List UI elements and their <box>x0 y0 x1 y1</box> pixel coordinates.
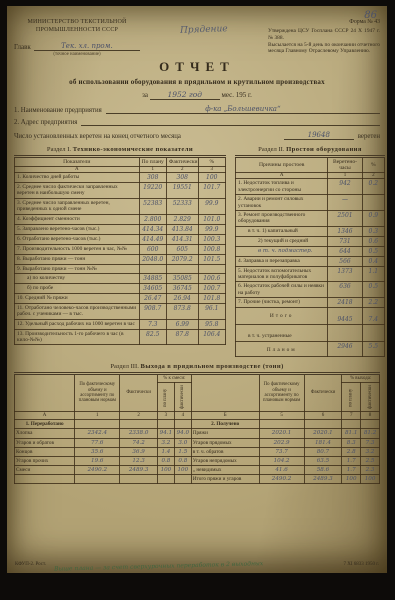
spindle-hours-value: 9445 <box>328 308 362 325</box>
fact-value: 308 <box>166 173 198 183</box>
col-fact: Фактически <box>166 156 198 166</box>
left-norm-value: 35.6 <box>75 447 120 456</box>
pct-value: 95.8 <box>198 319 225 329</box>
right-item-label: „ невидимых <box>191 465 259 474</box>
fact-value: 873.8 <box>166 303 198 319</box>
enterprise-address-value <box>81 125 380 126</box>
left-norm-value: 77.6 <box>75 438 120 447</box>
left-pct-fact-value <box>174 475 191 484</box>
field-enterprise-name: 1. Наименование предприятия ф-ка „Больше… <box>14 105 380 114</box>
right-fact-value: 2020.1 <box>304 429 342 438</box>
table-row: Смеси 2490.2 2489.3 100 100 „ невидимых … <box>15 465 380 474</box>
col-indicator: Показатели <box>15 156 140 166</box>
reason-label: 4. Заправка и перезаправка <box>236 256 328 266</box>
indicator-label: 4. Коэффициент сменности <box>15 214 140 224</box>
pct-value: 101.0 <box>198 214 225 224</box>
pct-value: 96.1 <box>198 303 225 319</box>
table-row: Планом 2946 5.5 <box>236 341 385 356</box>
pct-value: 106.4 <box>198 329 225 345</box>
table-row: 10. Средний № пряжи 26.47 26.94 101.8 <box>15 293 226 303</box>
spindle-hours-value: 2501 <box>328 210 362 226</box>
left-pct-fact-value: 94.0 <box>174 429 191 438</box>
handwritten-footnote: Выше плана — за счет сверхурочных перера… <box>54 558 336 573</box>
spindle-hours-value: 1346 <box>328 226 362 236</box>
indicator-label: а) по количеству <box>15 273 140 283</box>
left-pct-plan-value: 1.4 <box>157 447 174 456</box>
fact-value: 26.94 <box>166 293 198 303</box>
glavk-sublabel: (точное наименование) <box>14 52 140 57</box>
table-row: 1. Количество дней работы 308 308 100 <box>15 173 226 183</box>
reason-label: 2. Аварии и ремонт силовых установок <box>236 195 328 211</box>
handwritten-top-note: Прядение <box>180 24 228 36</box>
left-fact-value <box>120 475 158 484</box>
table-row: в т. ч. устраненные <box>236 325 385 341</box>
left-norm-value: 19.6 <box>75 456 120 465</box>
right-pct-fact-value: 2.5 <box>361 456 380 465</box>
table-row: 1. Недостаток топлива и электроэнергии с… <box>236 179 385 195</box>
section-1-title: Раздел I. Технико-экономические показате… <box>14 146 226 153</box>
spindles-unit: веретен <box>358 133 380 140</box>
table-row: 5. Заправлено веретено-часов (тыс.) 414.… <box>15 224 226 234</box>
reason-label: в т. ч. подмастер. <box>236 246 328 256</box>
form-info-block: Форма № 43 Утверждена ЦСУ Госплана СССР … <box>268 19 380 55</box>
plan-value: 52383 <box>139 198 166 214</box>
left-pct-plan-value: 94.1 <box>157 429 174 438</box>
spindle-hours-value: 644 <box>328 246 362 256</box>
indicator-label: 12. Удельный расход рабочих на 1000 вере… <box>15 319 140 329</box>
plan-value: 34885 <box>139 273 166 283</box>
indicator-label: 3. Среднее число заправленных веретен, п… <box>15 198 140 214</box>
left-item-label: Смеси <box>15 465 75 474</box>
indicator-label: 13. Производительность 1-го рабочего в ч… <box>15 329 140 345</box>
left-pct-plan-value: 100 <box>157 465 174 474</box>
left-blank-head <box>15 373 75 411</box>
right-pct-plan-value: 1.7 <box>342 456 361 465</box>
indicator-label: 11. Отработано человеко-часов производст… <box>15 303 140 319</box>
pct-value: 100 <box>198 173 225 183</box>
indicator-label: 6. Отработано веретено-часов (тыс.) <box>15 234 140 244</box>
fact-value: 6.99 <box>166 319 198 329</box>
plan-value: 26.47 <box>139 293 166 303</box>
col-plan: По плану <box>139 156 166 166</box>
pct-value: 100.8 <box>198 244 225 254</box>
report-period-line: за 1952 год мес. 195 г. <box>14 90 380 100</box>
right-pct-plan-value: 2.8 <box>342 447 361 456</box>
right-fact-value: 58.6 <box>304 465 342 474</box>
table-row: 13. Производительность 1-го рабочего в ч… <box>15 329 226 345</box>
right-fact-value: 80.7 <box>304 447 342 456</box>
plan-value: 19220 <box>139 183 166 199</box>
table-row: Хлопка 2342.4 2338.0 94.1 94.0 Пряжи 202… <box>15 429 380 438</box>
indicator-label: 1. Количество дней работы <box>15 173 140 183</box>
section-3-title: Раздел III. Выхода в прядильном производ… <box>14 363 380 370</box>
left-item-label: Угаров прочих <box>15 456 75 465</box>
right-item-label: Угаров прядомых <box>191 438 259 447</box>
right-norm-value: 41.6 <box>259 465 304 474</box>
left-pct-fact-value: 0.8 <box>174 456 191 465</box>
reason-label: Планом <box>236 341 328 356</box>
pct-value: 101.5 <box>198 254 225 264</box>
right-fact-value: 2489.3 <box>304 475 342 484</box>
right-norm-value: 104.2 <box>259 456 304 465</box>
col-reason: Причины простоев <box>236 156 328 173</box>
spindle-hours-value: 2946 <box>328 341 362 356</box>
table-row: в т. ч. 1) капитальный 1346 0.3 <box>236 226 385 236</box>
table-row: 5. Недостаток вспомогательных материалов… <box>236 266 385 282</box>
right-pct-fact-value: 81.2 <box>361 429 380 438</box>
left-col-fact: Фактически <box>120 373 158 411</box>
paper-sheet: 86 МИНИСТЕРСТВО ТЕКСТИЛЬНОЙ ПРОМЫШЛЕННОС… <box>7 6 387 573</box>
col-pct: % <box>362 156 384 173</box>
report-subtitle: об использовании оборудования в прядильн… <box>14 78 380 86</box>
pct-value: 0.4 <box>362 256 384 266</box>
spindles-label: Число установленных веретен на конец отч… <box>14 133 181 140</box>
right-item-label: Пряжи <box>191 429 259 438</box>
reason-label: 2) текущий и средний <box>236 236 328 246</box>
left-fact-value: 36.9 <box>120 447 158 456</box>
plan-value: 7.3 <box>139 319 166 329</box>
field-installed-spindles: Число установленных веретен на конец отч… <box>14 131 380 140</box>
right-pct-fact-value: 2.3 <box>361 465 380 474</box>
left-item-label <box>15 475 75 484</box>
indicator-label: 9. Выработано пряжи — тонн №№ <box>15 264 140 273</box>
right-fact-value: 181.4 <box>304 438 342 447</box>
right-pct-fact-value: 3.2 <box>361 447 380 456</box>
pct-value: 0.6 <box>362 236 384 246</box>
downtime-table: Причины простоев Веретено-часы % А 1 2 <box>235 155 385 357</box>
plan-value: 600 <box>139 244 166 254</box>
pct-value: 100.3 <box>198 234 225 244</box>
col-spindle-hours: Веретено-часы <box>328 156 362 173</box>
table-row: в т. ч. подмастер. 644 0.5 <box>236 246 385 256</box>
right-pct-fact-value: 100 <box>361 475 380 484</box>
left-pct-plan: по плану <box>157 383 174 412</box>
fact-value: 413.84 <box>166 224 198 234</box>
reason-label: 3. Ремонт производственного оборудования <box>236 210 328 226</box>
table-row: Угаров прочих 19.6 12.3 0.8 0.8 Угаров н… <box>15 456 380 465</box>
spindle-hours-value: 731 <box>328 236 362 246</box>
left-fact-value: 2489.3 <box>120 465 158 474</box>
glavk-label: Главк <box>14 43 31 51</box>
pct-value: 1.1 <box>362 266 384 282</box>
left-pct-plan-value: 0.8 <box>157 456 174 465</box>
indicator-label: 7. Производительность 1000 веретен в час… <box>15 244 140 254</box>
right-norm-value: 73.7 <box>259 447 304 456</box>
plan-value: 2048.0 <box>139 254 166 264</box>
indicator-label: 5. Заправлено веретено-часов (тыс.) <box>15 224 140 234</box>
fact-value: 19551 <box>166 183 198 199</box>
right-norm-value: 2490.2 <box>259 475 304 484</box>
table-row: 4. Заправка и перезаправка 566 0.4 <box>236 256 385 266</box>
spindle-hours-value: 942 <box>328 179 362 195</box>
reason-label: 7. Прочие (чистка, ремонт) <box>236 298 328 308</box>
table-row: 11. Отработано человеко-часов производст… <box>15 303 226 319</box>
fact-value: 87.8 <box>166 329 198 345</box>
field-enterprise-address: 2. Адрес предприятия <box>14 119 380 126</box>
right-fact-value: 63.5 <box>304 456 342 465</box>
table-row: 2. Среднее число фактически заправленных… <box>15 183 226 199</box>
pct-value: 2.2 <box>362 298 384 308</box>
fact-value: 35085 <box>166 273 198 283</box>
right-item-label: Угаров непрядомых <box>191 456 259 465</box>
approved-note: Утверждена ЦСУ Госплана СССР 24 X 1947 г… <box>268 28 380 42</box>
left-pct-fact-value: 100 <box>174 465 191 474</box>
table-row: Итого пряжи и угаров 2490.2 2489.3 100 1… <box>15 475 380 484</box>
pct-value: 5.5 <box>362 341 384 356</box>
table-row: Итого 9445 7.4 <box>236 308 385 325</box>
fact-value: 52333 <box>166 198 198 214</box>
section-1: Раздел I. Технико-экономические показате… <box>14 146 226 346</box>
reason-label: в т. ч. устраненные <box>236 325 328 341</box>
period-month-label: мес. 195 <box>221 91 246 99</box>
form-number: Форма № 43 <box>268 19 380 26</box>
left-pct-group: % к смеси: <box>157 373 191 382</box>
left-norm-value <box>75 475 120 484</box>
right-pct-group: % выхода: <box>342 373 380 382</box>
left-pct-plan-value <box>157 475 174 484</box>
reason-label: Итого <box>236 308 328 325</box>
pct-value: 0.9 <box>362 210 384 226</box>
right-pct-plan-value: 81.1 <box>342 429 361 438</box>
page-footer: КФУП-2. Рост. Выше плана — за счет сверх… <box>15 562 379 569</box>
fact-value: 605 <box>166 244 198 254</box>
pct-value <box>362 195 384 211</box>
table-row: а) по количеству 34885 35085 100.6 <box>15 273 226 283</box>
send-note: Высылается на 5-й день по окончании отче… <box>268 42 380 56</box>
period-value: 1952 год <box>150 90 220 100</box>
plan-value: 34605 <box>139 283 166 293</box>
reason-label: 1. Недостаток топлива и электроэнергии с… <box>236 179 328 195</box>
table-row: Угаров и обратов 77.6 74.2 3.2 3.0 Угаро… <box>15 438 380 447</box>
reason-label: в т. ч. 1) капитальный <box>236 226 328 236</box>
pct-value: 100.7 <box>198 283 225 293</box>
left-norm-value: 2342.4 <box>75 429 120 438</box>
plan-value: 414.34 <box>139 224 166 234</box>
header-center: Прядение <box>140 19 268 37</box>
reason-label: 5. Недостаток вспомогательных материалов… <box>236 266 328 282</box>
right-item-label: Итого пряжи и угаров <box>191 475 259 484</box>
right-pct-plan: по плану <box>342 383 361 412</box>
scanned-report-photo: 86 МИНИСТЕРСТВО ТЕКСТИЛЬНОЙ ПРОМЫШЛЕННОС… <box>0 0 395 600</box>
indicator-label: 10. Средний № пряжи <box>15 293 140 303</box>
plan-value: 908.7 <box>139 303 166 319</box>
table-row: 9. Выработано пряжи — тонн №№ <box>15 264 226 273</box>
table-row: 4. Коэффициент сменности 2.800 2.829 101… <box>15 214 226 224</box>
spindle-hours-value <box>328 325 362 341</box>
left-col-norm: По фактическому объему и ассортименту по… <box>75 373 120 411</box>
spindles-value: 19648 <box>284 131 354 140</box>
table-row: 6. Недостаток рабочей силы и неявки на р… <box>236 282 385 298</box>
enterprise-name-value: ф-ка „Большевичка“ <box>106 105 380 114</box>
right-norm-value: 202.9 <box>259 438 304 447</box>
pct-value: 101.7 <box>198 183 225 199</box>
left-fact-value: 2338.0 <box>120 429 158 438</box>
right-pct-plan-value: 1.7 <box>342 465 361 474</box>
group-right-label: 2. Получено <box>191 420 259 429</box>
enterprise-fields: 1. Наименование предприятия ф-ка „Больше… <box>14 105 380 140</box>
spindle-hours-value: 1373 <box>328 266 362 282</box>
pct-value: 100.6 <box>198 273 225 283</box>
glavk-value: Тек. хл. пром. <box>34 42 140 51</box>
plan-value <box>139 264 166 273</box>
ministry-name: МИНИСТЕРСТВО ТЕКСТИЛЬНОЙ ПРОМЫШЛЕННОСТИ … <box>14 19 140 35</box>
spindle-hours-value: — <box>328 195 362 211</box>
right-pct-fact: фактически <box>361 383 380 412</box>
reason-label: 6. Недостаток рабочей силы и неявки на р… <box>236 282 328 298</box>
report-title: ОТЧЕТ <box>14 59 380 75</box>
sections-1-2: Раздел I. Технико-экономические показате… <box>14 146 380 357</box>
fact-value: 36745 <box>166 283 198 293</box>
tech-economic-table: Показатели По плану Фактически % А 1 2 3 <box>14 155 226 346</box>
left-norm-value: 2490.2 <box>75 465 120 474</box>
right-col-norm: По фактическому объему и ассортименту по… <box>259 373 304 411</box>
left-item-label: Концов <box>15 447 75 456</box>
section-2-title: Раздел II. Простои оборудования <box>235 146 385 153</box>
pct-value: 0.5 <box>362 282 384 298</box>
form-header: МИНИСТЕРСТВО ТЕКСТИЛЬНОЙ ПРОМЫШЛЕННОСТИ … <box>14 19 380 57</box>
col-pct: % <box>198 156 225 166</box>
pct-value: 7.4 <box>362 308 384 325</box>
left-pct-fact-value: 3.0 <box>174 438 191 447</box>
indicator-label: 2. Среднее число фактически заправленных… <box>15 183 140 199</box>
fact-value: 414.31 <box>166 234 198 244</box>
pct-value <box>198 264 225 273</box>
section-3: Раздел III. Выхода в прядильном производ… <box>14 363 380 484</box>
indicator-label: 8. Выработано пряжи — тонн <box>15 254 140 264</box>
right-pct-plan-value: 100 <box>342 475 361 484</box>
left-item-label: Хлопка <box>15 429 75 438</box>
indicator-label: б) по пробе <box>15 283 140 293</box>
table-row: 2. Аварии и ремонт силовых установок — <box>236 195 385 211</box>
right-pct-fact-value: 7.3 <box>361 438 380 447</box>
fact-value: 2.829 <box>166 214 198 224</box>
left-item-label: Угаров и обратов <box>15 438 75 447</box>
right-blank-head <box>191 373 259 411</box>
pct-value: 101.8 <box>198 293 225 303</box>
section-2: Раздел II. Простои оборудования Причины … <box>235 146 385 357</box>
spindle-hours-value: 2418 <box>328 298 362 308</box>
printers-mark-right: 7 XI 6833 1950 г. <box>343 562 379 567</box>
printers-mark-left: КФУП-2. Рост. <box>15 562 46 567</box>
pct-value: 99.9 <box>198 224 225 234</box>
right-pct-plan-value: 8.3 <box>342 438 361 447</box>
spindle-hours-value: 566 <box>328 256 362 266</box>
spindle-hours-value: 636 <box>328 282 362 298</box>
right-norm-value: 2020.1 <box>259 429 304 438</box>
yield-table: По фактическому объему и ассортименту по… <box>14 372 380 484</box>
table-row: 6. Отработано веретено-часов (тыс.) 414.… <box>15 234 226 244</box>
plan-value: 2.800 <box>139 214 166 224</box>
fact-value <box>166 264 198 273</box>
enterprise-address-label: 2. Адрес предприятия <box>14 119 77 126</box>
table-row: б) по пробе 34605 36745 100.7 <box>15 283 226 293</box>
pct-value <box>362 325 384 341</box>
left-pct-fact-value: 1.5 <box>174 447 191 456</box>
group-left-label: 1. Переработано <box>15 420 75 429</box>
pct-value: 0.2 <box>362 179 384 195</box>
ministry-block: МИНИСТЕРСТВО ТЕКСТИЛЬНОЙ ПРОМЫШЛЕННОСТИ … <box>14 19 140 57</box>
pct-value: 0.5 <box>362 246 384 256</box>
plan-value: 82.5 <box>139 329 166 345</box>
left-pct-plan-value: 3.2 <box>157 438 174 447</box>
period-year-suffix: г. <box>248 91 252 99</box>
table-row: 12. Удельный расход рабочих на 1000 вере… <box>15 319 226 329</box>
group-row: 1. Переработано 2. Получено <box>15 420 380 429</box>
page-number: 86 <box>364 10 377 21</box>
table-row: 2) текущий и средний 731 0.6 <box>236 236 385 246</box>
table-row: Концов 35.6 36.9 1.4 1.5 в т. ч. обратов… <box>15 447 380 456</box>
pct-value: 99.9 <box>198 198 225 214</box>
pct-value: 0.3 <box>362 226 384 236</box>
table-row: 7. Производительность 1000 веретен в час… <box>15 244 226 254</box>
left-fact-value: 12.3 <box>120 456 158 465</box>
plan-value: 308 <box>139 173 166 183</box>
table-row: 7. Прочие (чистка, ремонт) 2418 2.2 <box>236 298 385 308</box>
left-fact-value: 74.2 <box>120 438 158 447</box>
left-pct-fact: фактически <box>174 383 191 412</box>
enterprise-name-label: 1. Наименование предприятия <box>14 107 102 114</box>
period-za-label: за <box>142 91 148 99</box>
right-item-label: в т. ч. обратов <box>191 447 259 456</box>
table-row: 8. Выработано пряжи — тонн 2048.0 2079.2… <box>15 254 226 264</box>
table-row: 3. Ремонт производственного оборудования… <box>236 210 385 226</box>
fact-value: 2079.2 <box>166 254 198 264</box>
right-col-fact: Фактически <box>304 373 342 411</box>
table-row: 3. Среднее число заправленных веретен, п… <box>15 198 226 214</box>
plan-value: 414.49 <box>139 234 166 244</box>
